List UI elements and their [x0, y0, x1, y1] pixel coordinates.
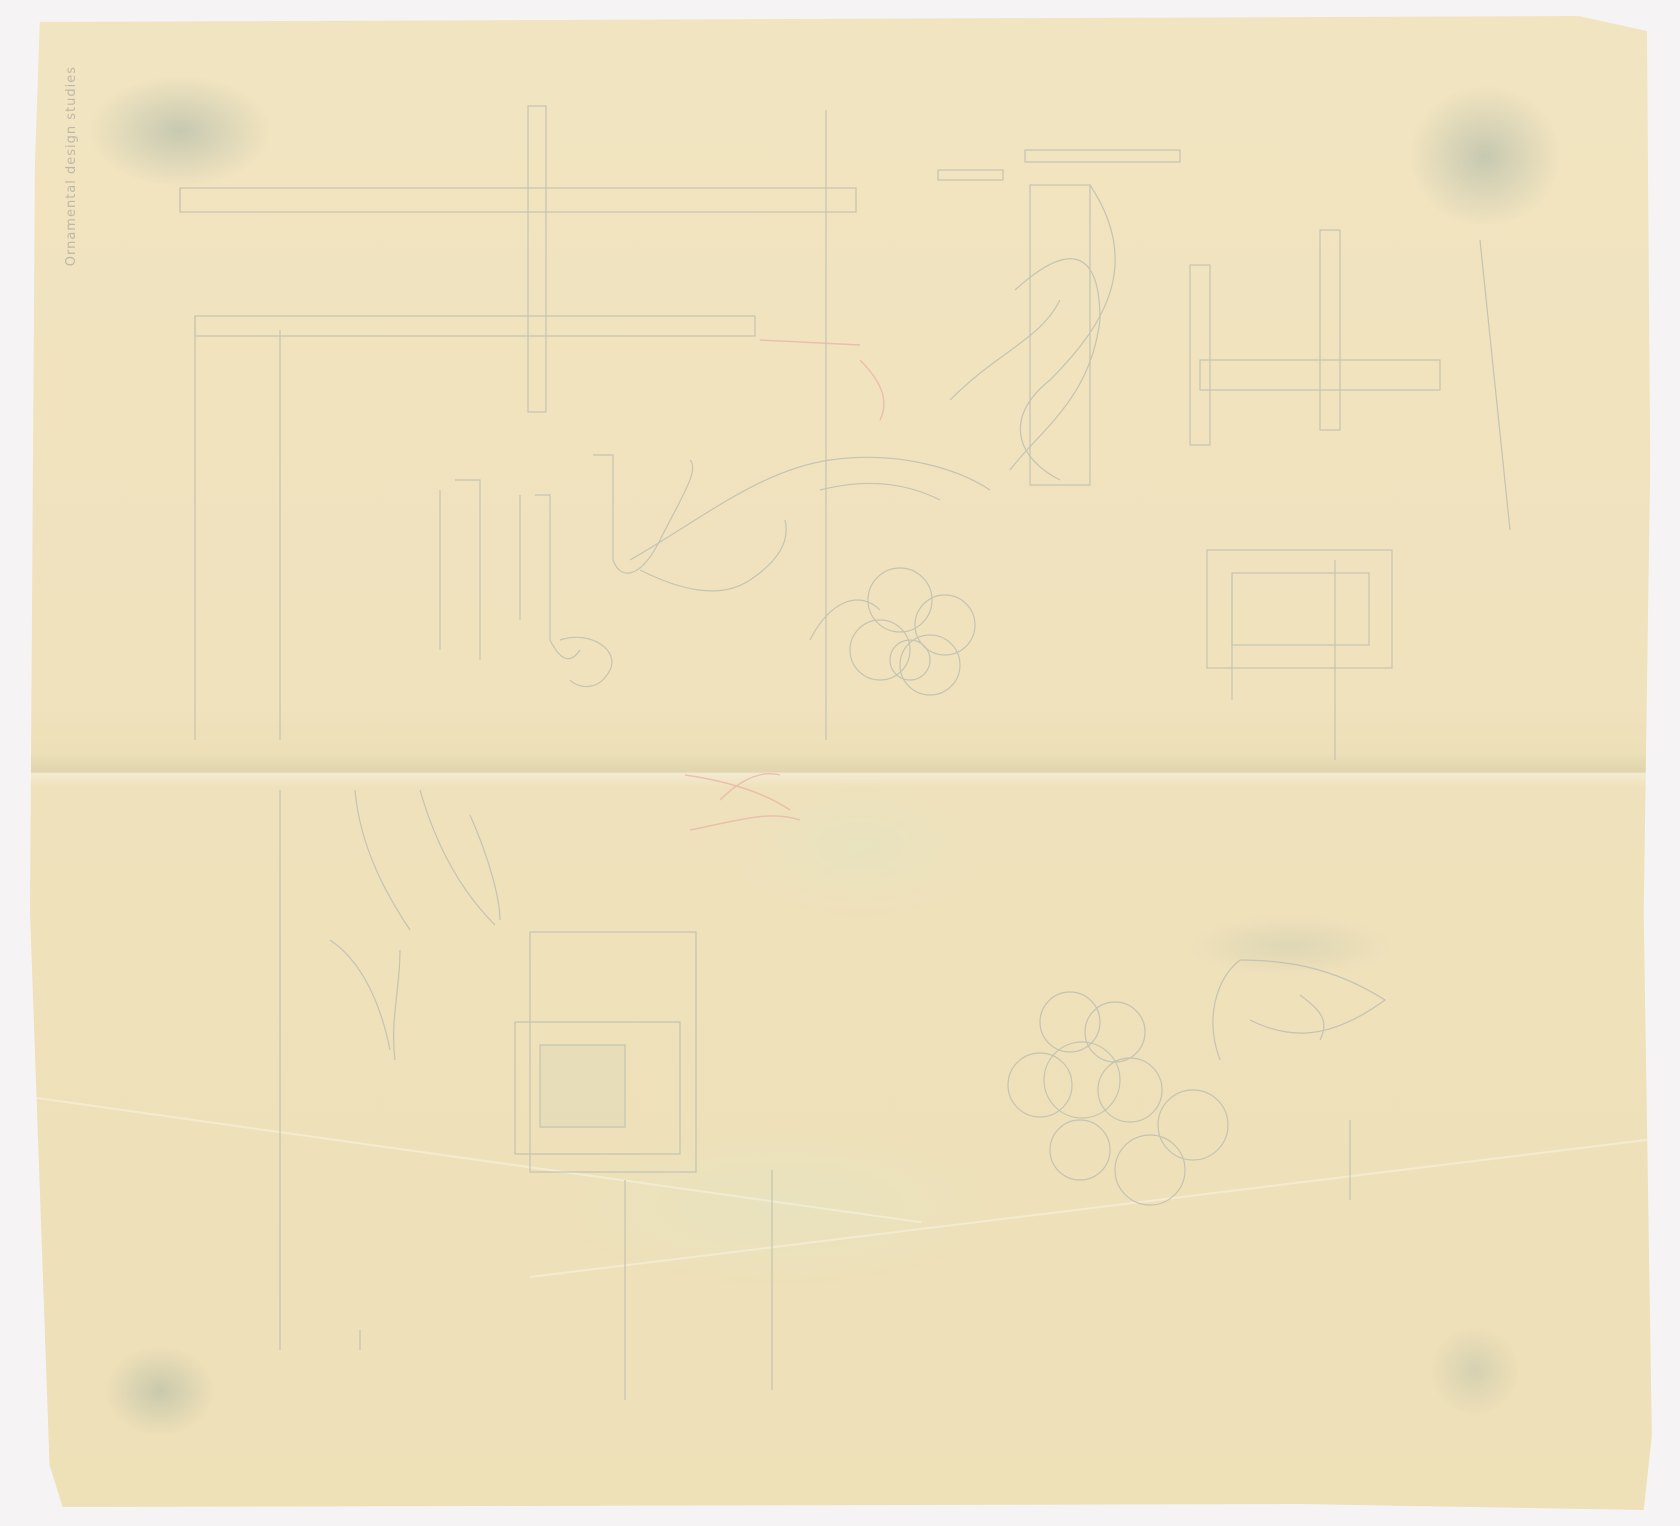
top-left-rectangular-frame: [180, 106, 856, 740]
red-pencil-marks: [685, 340, 884, 830]
top-right-leaf-and-cross-motif: [938, 150, 1510, 530]
lower-left-leaf-motif: [280, 790, 500, 1350]
center-bird-and-flower-motif: [440, 455, 990, 695]
pencil-sketches: [0, 0, 1680, 1526]
right-square-panel: [1207, 550, 1392, 760]
lower-right-flower-cluster: [1008, 960, 1385, 1205]
lower-center-square-panel: [515, 932, 772, 1400]
